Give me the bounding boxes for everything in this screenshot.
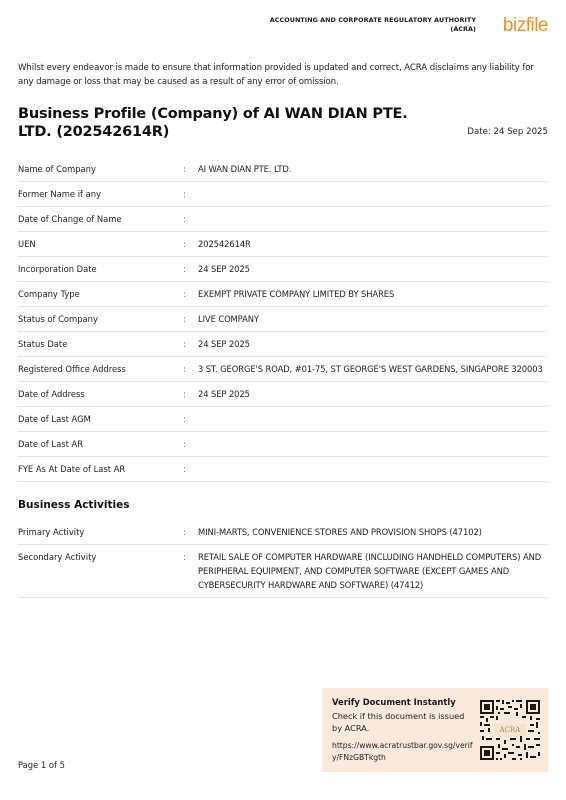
- table-row-primary-activity: Primary Activity : MINI-MARTS, CONVENIEN…: [18, 520, 548, 545]
- row-value: 24 SEP 2025: [198, 337, 548, 351]
- row-value: [198, 212, 548, 226]
- row-colon: :: [183, 550, 198, 592]
- row-colon: :: [183, 525, 198, 539]
- business-activities-heading: Business Activities: [18, 499, 129, 511]
- table-row-secondary-activity: Secondary Activity : RETAIL SALE OF COMP…: [18, 545, 548, 598]
- table-row-status-of-company: Status of Company : LIVE COMPANY: [18, 307, 548, 332]
- row-value: MINI-MARTS, CONVENIENCE STORES AND PROVI…: [198, 525, 548, 539]
- row-colon: :: [183, 212, 198, 226]
- table-row-registered-office-address: Registered Office Address : 3 ST. GEORGE…: [18, 357, 548, 382]
- bizfile-logo: bizfile: [503, 14, 548, 38]
- row-colon: :: [183, 262, 198, 276]
- row-label: Name of Company: [18, 162, 183, 176]
- row-value: [198, 412, 548, 426]
- row-label: Date of Last AGM: [18, 412, 183, 426]
- business-activities-table: Primary Activity : MINI-MARTS, CONVENIEN…: [18, 520, 548, 598]
- row-label: Registered Office Address: [18, 362, 183, 376]
- qr-code-icon[interactable]: ACRA: [478, 698, 542, 762]
- row-colon: :: [183, 412, 198, 426]
- row-colon: :: [183, 387, 198, 401]
- verify-link[interactable]: https://www.acratrustbar.gov.sg/verify/F…: [332, 740, 474, 764]
- document-header: ACCOUNTING AND CORPORATE REGULATORY AUTH…: [0, 14, 566, 44]
- disclaimer-text: Whilst every endeavor is made to ensure …: [18, 61, 548, 89]
- row-value: [198, 462, 548, 476]
- row-value: [198, 437, 548, 451]
- row-value: [198, 187, 548, 201]
- table-row-incorporation-date: Incorporation Date : 24 SEP 2025: [18, 257, 548, 282]
- row-label: Date of Address: [18, 387, 183, 401]
- row-label: Status Date: [18, 337, 183, 351]
- row-value: 24 SEP 2025: [198, 387, 548, 401]
- row-value: LIVE COMPANY: [198, 312, 548, 326]
- row-label: Date of Last AR: [18, 437, 183, 451]
- row-colon: :: [183, 162, 198, 176]
- row-colon: :: [183, 462, 198, 476]
- row-label: Primary Activity: [18, 525, 183, 539]
- row-label: FYE As At Date of Last AR: [18, 462, 183, 476]
- verify-description: Check if this document is issued by ACRA…: [332, 711, 474, 734]
- verify-title: Verify Document Instantly: [332, 697, 456, 707]
- row-label: Date of Change of Name: [18, 212, 183, 226]
- page-number: Page 1 of 5: [18, 760, 65, 770]
- row-label: Incorporation Date: [18, 262, 183, 276]
- row-colon: :: [183, 312, 198, 326]
- table-row-name-of-company: Name of Company : AI WAN DIAN PTE. LTD.: [18, 157, 548, 182]
- row-colon: :: [183, 187, 198, 201]
- row-value: RETAIL SALE OF COMPUTER HARDWARE (INCLUD…: [198, 550, 548, 592]
- authority-line-2: (ACRA): [270, 25, 476, 34]
- row-label: Secondary Activity: [18, 550, 183, 592]
- verify-document-panel: Verify Document Instantly Check if this …: [322, 688, 548, 772]
- row-value: AI WAN DIAN PTE. LTD.: [198, 162, 548, 176]
- row-label: Company Type: [18, 287, 183, 301]
- page-title: Business Profile (Company) of AI WAN DIA…: [18, 105, 438, 141]
- table-row-fye-as-at-date-of-last-ar: FYE As At Date of Last AR :: [18, 457, 548, 482]
- table-row-date-of-last-ar: Date of Last AR :: [18, 432, 548, 457]
- row-colon: :: [183, 437, 198, 451]
- row-value: 24 SEP 2025: [198, 262, 548, 276]
- table-row-date-of-change-of-name: Date of Change of Name :: [18, 207, 548, 232]
- row-value: 3 ST. GEORGE'S ROAD, #01-75, ST GEORGE'S…: [198, 362, 548, 376]
- row-colon: :: [183, 337, 198, 351]
- table-row-date-of-address: Date of Address : 24 SEP 2025: [18, 382, 548, 407]
- row-value: EXEMPT PRIVATE COMPANY LIMITED BY SHARES: [198, 287, 548, 301]
- row-label: Former Name if any: [18, 187, 183, 201]
- profile-table: Name of Company : AI WAN DIAN PTE. LTD. …: [18, 157, 548, 482]
- table-row-uen: UEN : 202542614R: [18, 232, 548, 257]
- row-colon: :: [183, 237, 198, 251]
- row-label: UEN: [18, 237, 183, 251]
- row-label: Status of Company: [18, 312, 183, 326]
- authority-line-1: ACCOUNTING AND CORPORATE REGULATORY AUTH…: [270, 16, 476, 25]
- row-value: 202542614R: [198, 237, 548, 251]
- row-colon: :: [183, 362, 198, 376]
- table-row-company-type: Company Type : EXEMPT PRIVATE COMPANY LI…: [18, 282, 548, 307]
- authority-name: ACCOUNTING AND CORPORATE REGULATORY AUTH…: [270, 16, 476, 34]
- row-colon: :: [183, 287, 198, 301]
- table-row-date-of-last-agm: Date of Last AGM :: [18, 407, 548, 432]
- qr-acra-label: ACRA: [494, 724, 526, 736]
- table-row-status-date: Status Date : 24 SEP 2025: [18, 332, 548, 357]
- document-date: Date: 24 Sep 2025: [467, 127, 548, 137]
- table-row-former-name: Former Name if any :: [18, 182, 548, 207]
